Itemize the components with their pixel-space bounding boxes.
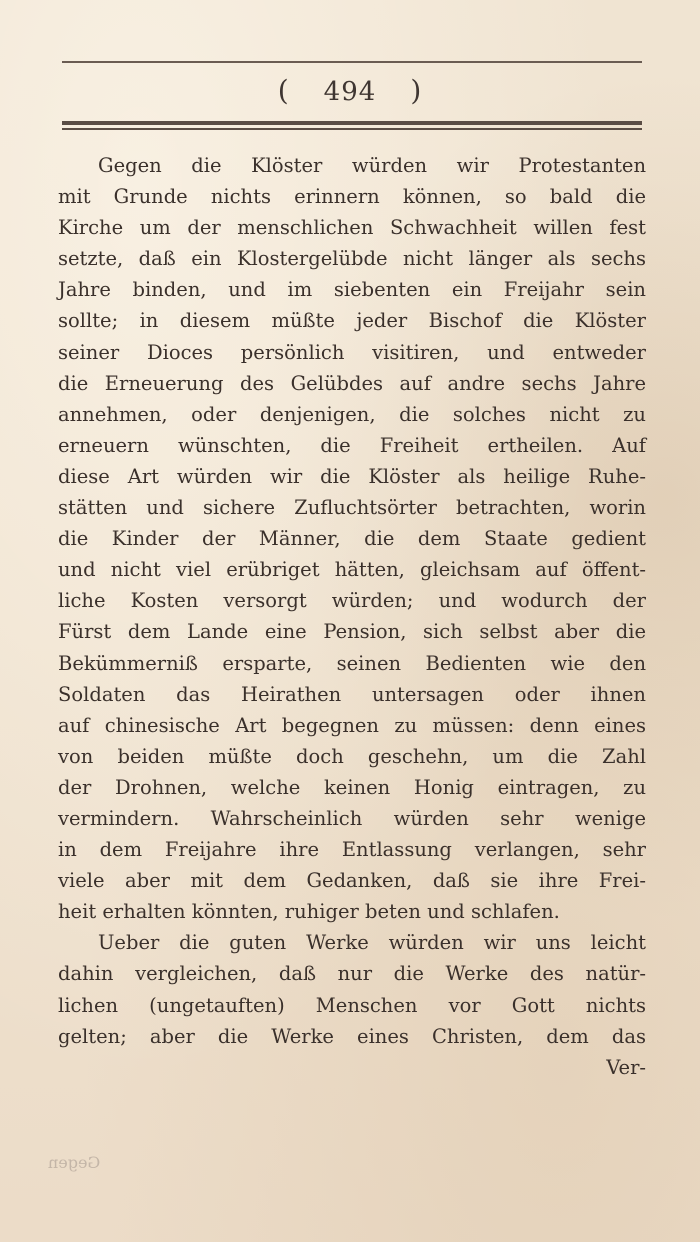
text-line: Soldaten das Heirathen untersagen oder i…	[58, 679, 646, 710]
text-line: setzte, daß ein Klostergelübde nicht län…	[58, 243, 646, 274]
text-line: stätten und sichere Zufluchtsörter betra…	[58, 492, 646, 523]
text-line: in dem Freijahre ihre Entlassung verlang…	[58, 834, 646, 865]
text-line: die Kinder der Männer, die dem Staate ge…	[58, 523, 646, 554]
text-line: viele aber mit dem Gedanken, daß sie ihr…	[58, 865, 646, 896]
body-text: Gegen die Klöster würden wir Protestante…	[58, 150, 646, 1083]
text-line: annehmen, oder denjenigen, die solches n…	[58, 399, 646, 430]
text-line: liche Kosten versorgt würden; und wodurc…	[58, 585, 646, 616]
text-line: erneuern wünschten, die Freiheit ertheil…	[58, 430, 646, 461]
text-line: dahin vergleichen, daß nur die Werke des…	[58, 958, 646, 989]
header-rule-double-thin	[62, 128, 642, 130]
text-line: mit Grunde nichts erinnern können, so ba…	[58, 181, 646, 212]
text-line: Ueber die guten Werke würden wir uns lei…	[58, 927, 646, 958]
close-paren: )	[410, 74, 422, 107]
show-through-text: Gegen	[48, 1153, 100, 1172]
text-line: seiner Dioces persönlich visitiren, und …	[58, 337, 646, 368]
paragraph-2: Ueber die guten Werke würden wir uns lei…	[58, 927, 646, 1051]
text-line: der Drohnen, welche keinen Honig eintrag…	[58, 772, 646, 803]
text-line: Gegen die Klöster würden wir Protestante…	[58, 150, 646, 181]
text-line: und nicht viel erübriget hätten, gleichs…	[58, 554, 646, 585]
text-line: Bekümmerniß ersparte, seinen Bedienten w…	[58, 648, 646, 679]
text-line: die Erneuerung des Gelübdes auf andre se…	[58, 368, 646, 399]
paragraph-1: Gegen die Klöster würden wir Protestante…	[58, 150, 646, 927]
text-line: gelten; aber die Werke eines Christen, d…	[58, 1021, 646, 1052]
open-paren: (	[278, 74, 290, 107]
text-line: lichen (ungetauften) Menschen vor Gott n…	[58, 990, 646, 1021]
text-line: diese Art würden wir die Klöster als hei…	[58, 461, 646, 492]
header-rule-top	[62, 61, 642, 63]
header-rule-double-thick	[62, 121, 642, 125]
text-line: Kirche um der menschlichen Schwachheit w…	[58, 212, 646, 243]
text-line: Jahre binden, und im siebenten ein Freij…	[58, 274, 646, 305]
text-line: Fürst dem Lande eine Pension, sich selbs…	[58, 616, 646, 647]
catchword: Ver-	[58, 1052, 646, 1083]
text-line: heit erhalten könnten, ruhiger beten und…	[58, 896, 646, 927]
page-number: (494)	[0, 74, 700, 107]
text-line: von beiden müßte doch geschehn, um die Z…	[58, 741, 646, 772]
text-line: sollte; in diesem müßte jeder Bischof di…	[58, 305, 646, 336]
folio-number: 494	[324, 77, 377, 107]
text-line: vermindern. Wahrscheinlich würden sehr w…	[58, 803, 646, 834]
text-line: auf chinesische Art begegnen zu müssen: …	[58, 710, 646, 741]
